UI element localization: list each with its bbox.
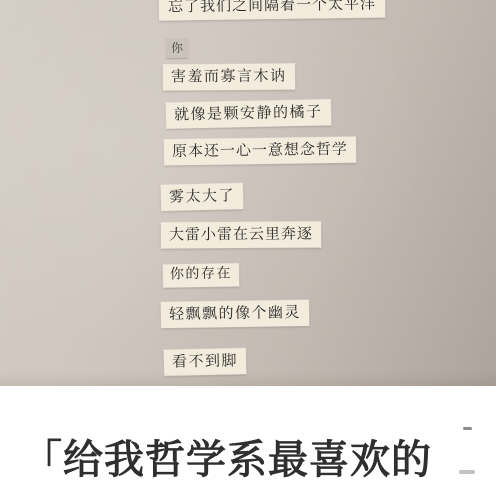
screenshot-root: 忘了我们之间隔着一个太平洋 你 害羞而寡言木讷 就像是颗安静的橘子 原本还一心一… — [0, 0, 496, 496]
paper-strip: 轻飘飘的像个幽灵 — [161, 300, 309, 328]
caption-area: 「给我哲学系最喜欢的 — [0, 386, 496, 496]
poem-wall-photo: 忘了我们之间隔着一个太平洋 你 害羞而寡言木讷 就像是颗安静的橘子 原本还一心一… — [0, 0, 496, 386]
paper-strip: 就像是颗安静的橘子 — [166, 99, 331, 128]
paper-strip: 原本还一心一意想念哲学 — [164, 137, 356, 166]
paper-strip: 大雷小雷在云里奔逐 — [161, 221, 321, 248]
paper-strip: 雾太大了 — [161, 183, 244, 211]
paper-strip: 害羞而寡言木讷 — [163, 64, 295, 91]
post-title: 「给我哲学系最喜欢的 — [22, 438, 432, 482]
paper-strip: 忘了我们之间隔着一个太平洋 — [159, 0, 385, 21]
paper-strip: 你的存在 — [163, 263, 239, 287]
paper-strip: 看不到脚 — [164, 348, 247, 376]
dash-icon — [463, 427, 472, 430]
dash-icon — [459, 470, 475, 474]
paper-strip-small-note: 你 — [166, 38, 188, 59]
